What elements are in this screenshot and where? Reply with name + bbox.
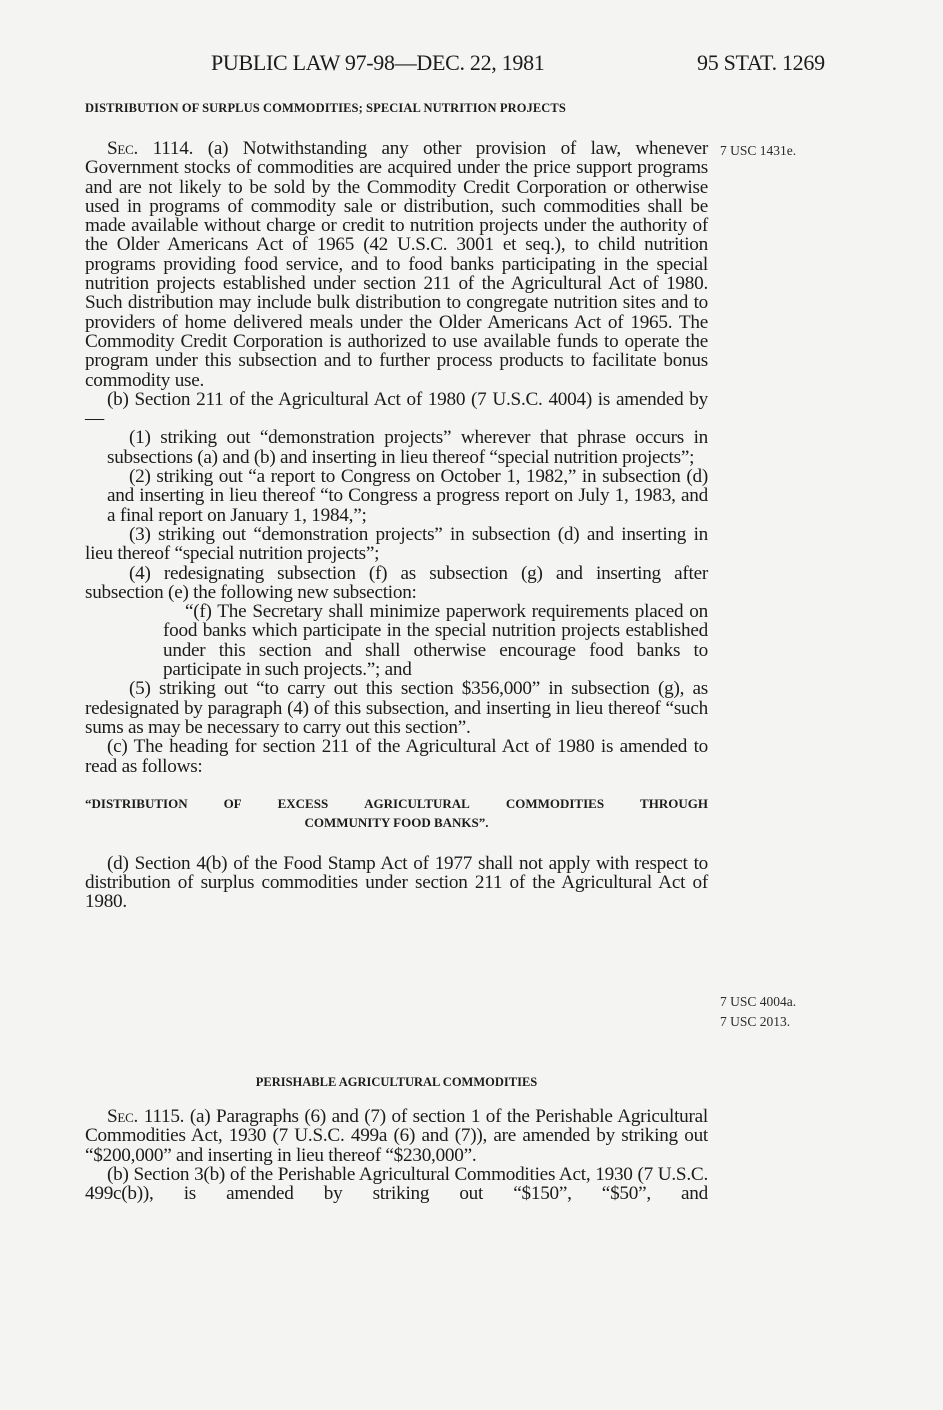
section-1115-heading: PERISHABLE AGRICULTURAL COMMODITIES <box>85 1075 708 1090</box>
statutes-page-number: 95 STAT. 1269 <box>697 50 825 76</box>
statute-page: PUBLIC LAW 97-98—DEC. 22, 1981 95 STAT. … <box>0 0 943 1410</box>
subsection-a-text: 1114. (a) Notwithstanding any other prov… <box>85 138 708 391</box>
running-head: PUBLIC LAW 97-98—DEC. 22, 1981 95 STAT. … <box>0 50 943 80</box>
sec-label: Sec. <box>107 138 138 159</box>
section-1114-subsection-b-intro: (b) Section 211 of the Agricultural Act … <box>85 390 708 429</box>
subsection-a-text: 1115. (a) Paragraphs (6) and (7) of sect… <box>85 1106 708 1166</box>
section-1114-heading: DISTRIBUTION OF SURPLUS COMMODITIES; SPE… <box>85 101 708 116</box>
quoted-heading-line-1: “DISTRIBUTION OF EXCESS AGRICULTURAL COM… <box>85 794 708 813</box>
quoted-new-subsection-f: “(f) The Secretary shall minimize paperw… <box>163 602 708 679</box>
qh-word: OF <box>224 794 242 813</box>
margin-note-4004a: 7 USC 4004a. <box>720 994 796 1010</box>
section-1114-subsection-a: Sec. 1114. (a) Notwithstanding any other… <box>85 139 708 390</box>
margin-note-2013: 7 USC 2013. <box>720 1014 790 1030</box>
amendment-item-3: (3) striking out “demonstration projects… <box>85 525 708 564</box>
section-1115-body: Sec. 1115. (a) Paragraphs (6) and (7) of… <box>85 1107 708 1203</box>
qh-word: AGRICULTURAL <box>364 794 470 813</box>
amendment-item-2: (2) striking out “a report to Congress o… <box>107 467 708 525</box>
margin-note-1431e: 7 USC 1431e. <box>720 143 796 159</box>
section-1115-subsection-b: (b) Section 3(b) of the Perishable Agric… <box>85 1165 708 1204</box>
qh-word: EXCESS <box>278 794 329 813</box>
public-law-title: PUBLIC LAW 97-98—DEC. 22, 1981 <box>211 50 545 76</box>
section-1114-subsection-d: (d) Section 4(b) of the Food Stamp Act o… <box>85 854 708 912</box>
amendment-item-4: (4) redesignating subsection (f) as subs… <box>85 564 708 603</box>
quoted-heading-line-2: COMMUNITY FOOD BANKS”. <box>85 813 708 832</box>
qh-word: THROUGH <box>640 794 708 813</box>
qh-word: COMMODITIES <box>506 794 604 813</box>
section-1114-body: Sec. 1114. (a) Notwithstanding any other… <box>85 139 708 912</box>
qh-word: “DISTRIBUTION <box>85 794 188 813</box>
sec-label: Sec. <box>107 1106 138 1127</box>
quoted-section-heading: “DISTRIBUTION OF EXCESS AGRICULTURAL COM… <box>85 794 708 832</box>
amendment-item-1: (1) striking out “demonstration projects… <box>107 428 708 467</box>
section-1114-subsection-c: (c) The heading for section 211 of the A… <box>85 737 708 776</box>
amendment-item-5: (5) striking out “to carry out this sect… <box>85 679 708 737</box>
section-1115-subsection-a: Sec. 1115. (a) Paragraphs (6) and (7) of… <box>85 1107 708 1165</box>
